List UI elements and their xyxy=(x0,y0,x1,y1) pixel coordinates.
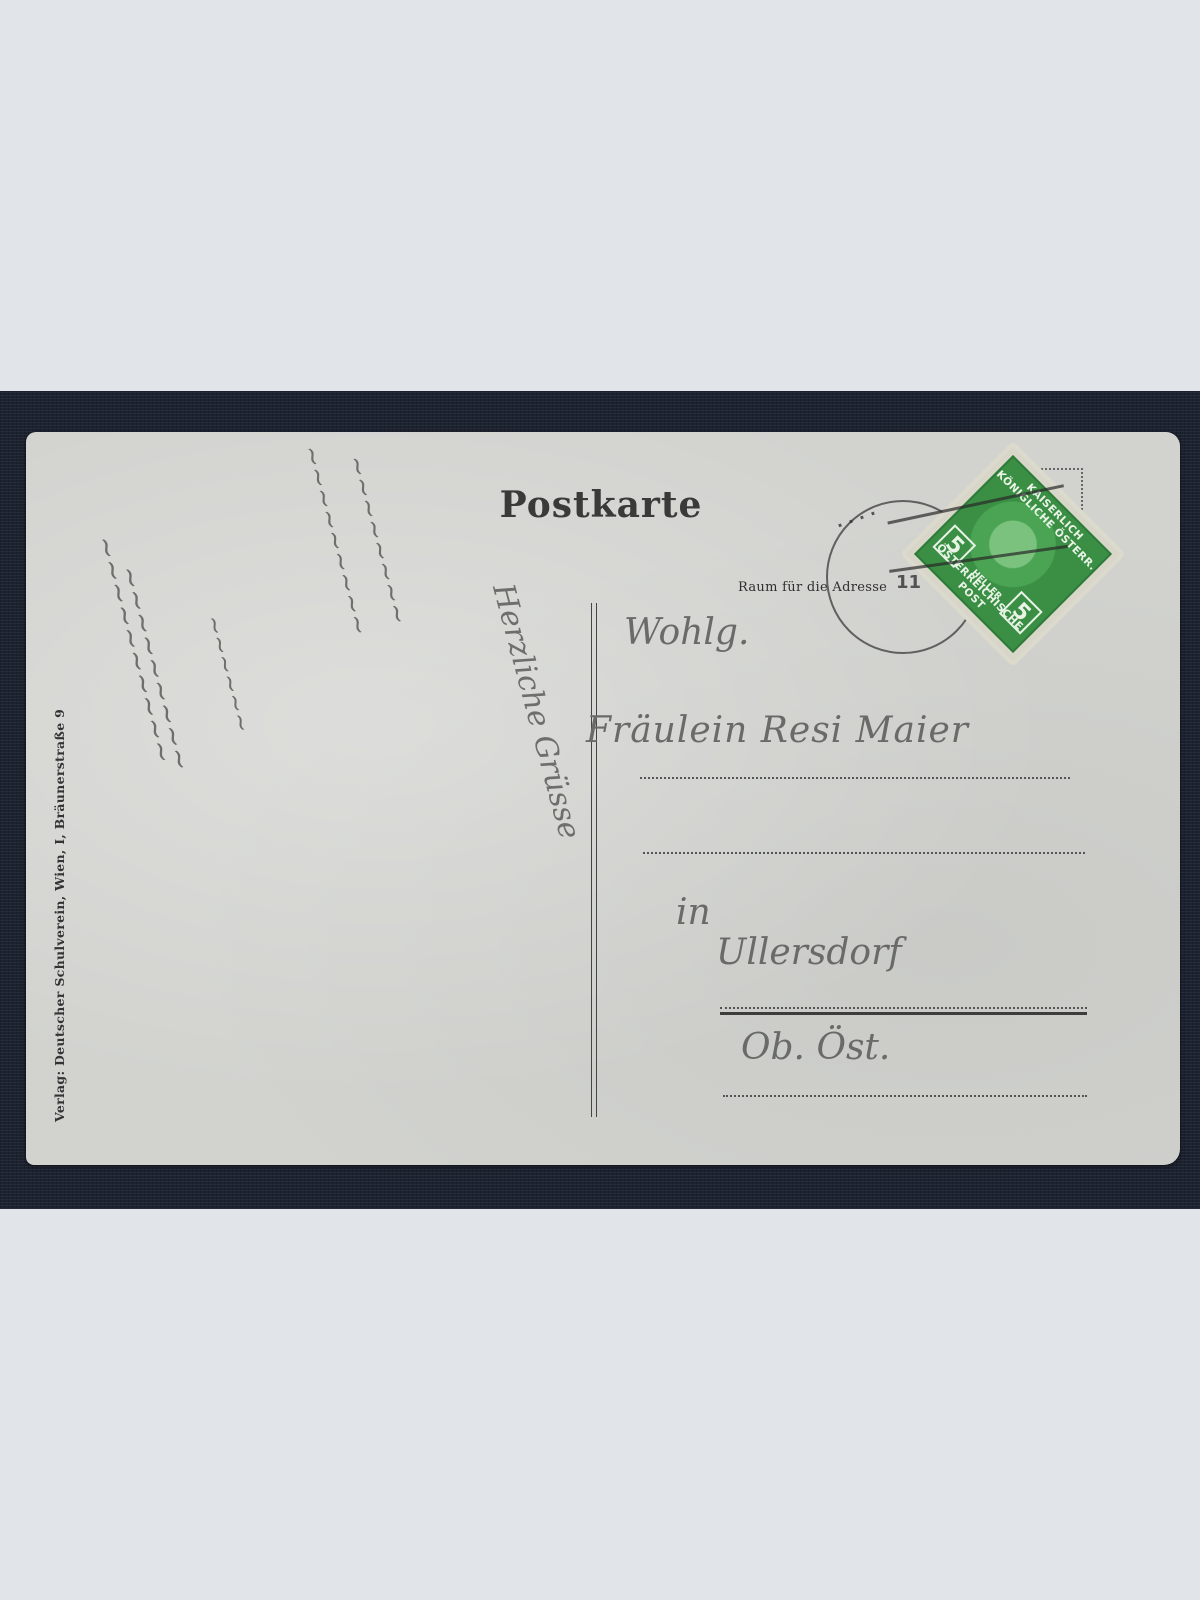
handwritten-greeting: Herzliche Grüsse xyxy=(485,580,587,843)
handwritten-message-line: ~~~~~~ xyxy=(199,612,257,736)
address-line-3 xyxy=(720,1007,1087,1009)
address-line-4 xyxy=(723,1095,1087,1097)
address-region: Ob. Öst. xyxy=(741,1027,890,1068)
address-underline xyxy=(720,1012,1087,1015)
postcard: Postkarte Verlag: Deutscher Schulverein,… xyxy=(26,432,1180,1165)
address-recipient: Fräulein Resi Maier xyxy=(586,710,969,751)
address-salutation: Wohlg. xyxy=(624,612,749,653)
publisher-imprint: Verlag: Deutscher Schulverein, Wien, I, … xyxy=(52,709,67,1122)
address-town: Ullersdorf xyxy=(716,932,902,973)
address-line-2 xyxy=(643,852,1085,854)
postcard-heading: Postkarte xyxy=(481,484,721,526)
address-preposition: in xyxy=(676,892,711,933)
address-line-1 xyxy=(640,777,1070,779)
message-address-divider xyxy=(591,603,597,1117)
